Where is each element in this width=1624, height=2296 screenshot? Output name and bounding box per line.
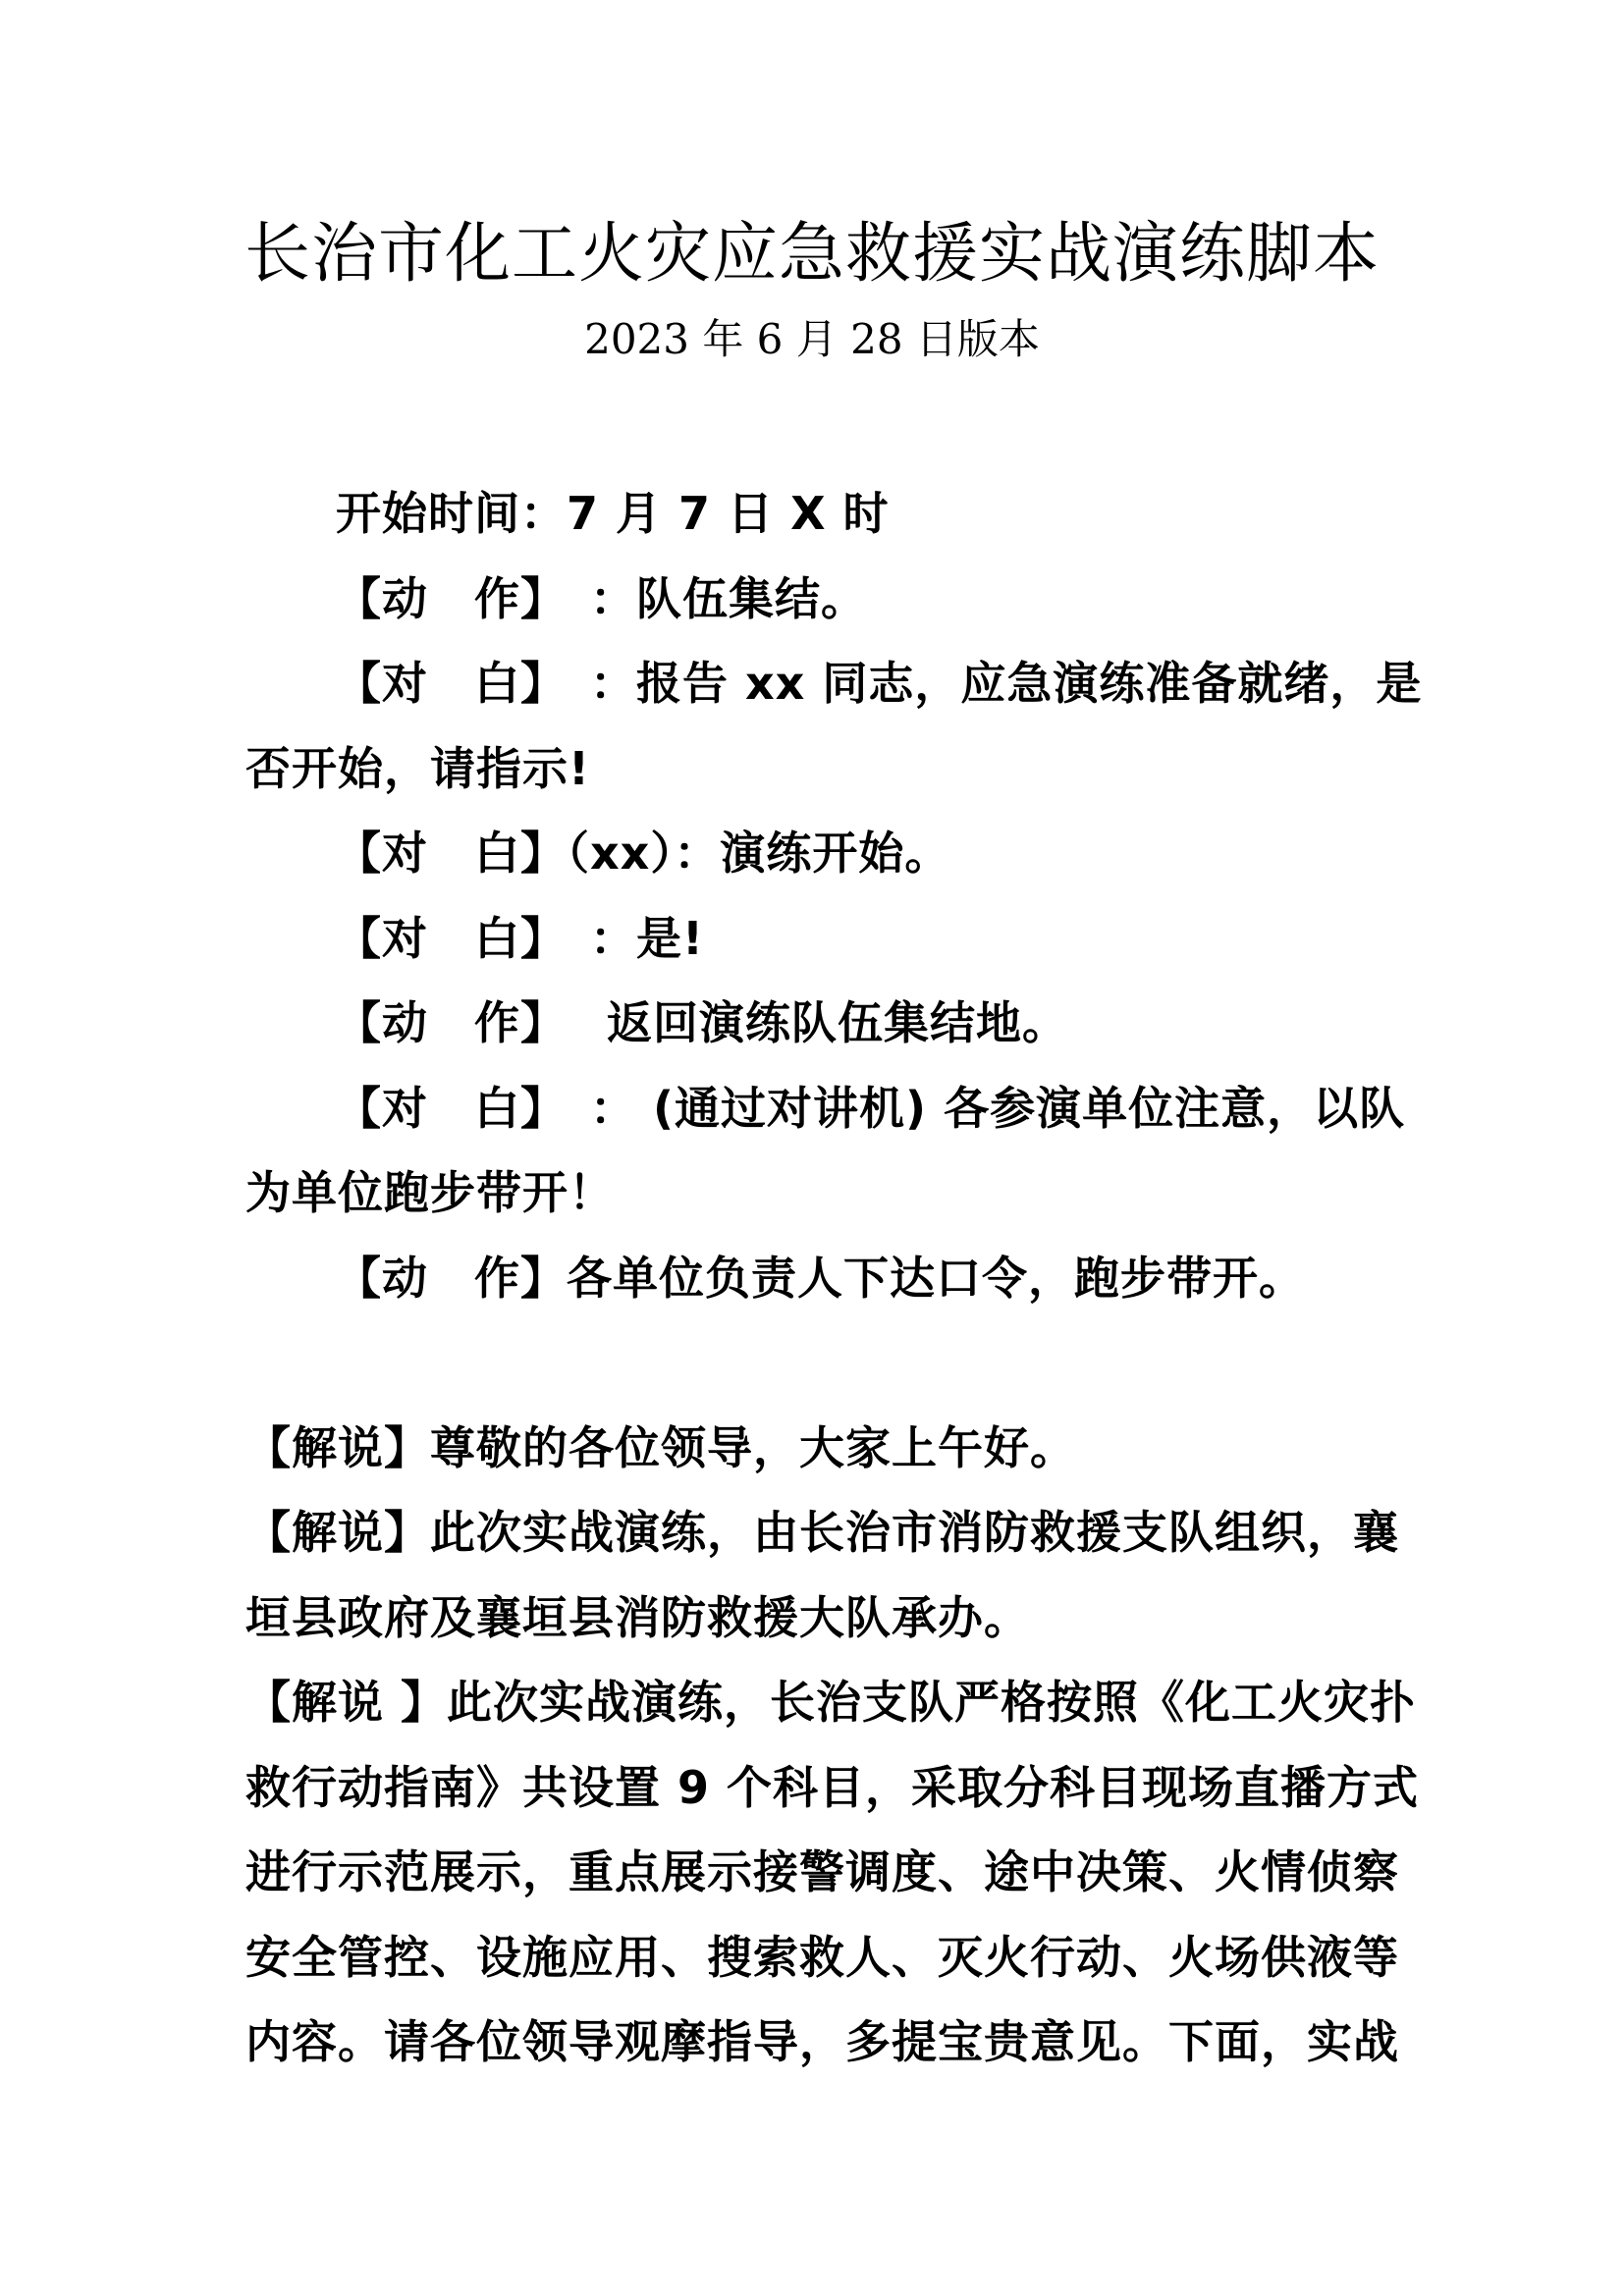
script-line: 为单位跑步带开！ (245, 1150, 1384, 1236)
script-body: 开始时间：7 月 7 日 X 时 【动 作】 ：队伍集结。 【对 白】 ：报告 … (245, 471, 1384, 2085)
script-line: 否开始，请指示! (245, 726, 1384, 812)
script-line-narration: 救行动指南》共设置 9 个科目，采取分科目现场直播方式 (245, 1745, 1384, 1831)
document-title: 长治市化工火灾应急救援实战演练脚本 (0, 214, 1624, 293)
script-line: 【动 作】 返回演练队伍集结地。 (245, 981, 1384, 1066)
script-line-narration: 【解说 】此次实战演练，长治支队严格按照《化工火灾扑 (245, 1660, 1384, 1745)
script-line-narration: 安全管控、设施应用、搜索救人、灭火行动、火场供液等 (245, 1915, 1384, 2001)
script-line-narration: 进行示范展示，重点展示接警调度、途中决策、火情侦察 (245, 1830, 1384, 1915)
script-line-start-time: 开始时间：7 月 7 日 X 时 (245, 471, 1384, 557)
script-line: 【对 白】（xx）：演练开始。 (245, 811, 1384, 896)
script-line: 【动 作】 ：队伍集结。 (245, 557, 1384, 642)
script-line: 【对 白】 ： (通过对讲机) 各参演单位注意，以队 (245, 1066, 1384, 1151)
script-line-narration: 【解说】此次实战演练，由长治市消防救援支队组织，襄 (245, 1490, 1384, 1575)
document-version-date: 2023 年 6 月 28 日版本 (0, 312, 1624, 367)
script-line: 【对 白】 ：报告 xx 同志，应急演练准备就绪，是 (245, 641, 1384, 726)
document-page: 长治市化工火灾应急救援实战演练脚本 2023 年 6 月 28 日版本 开始时间… (0, 0, 1624, 2296)
paragraph-spacer (245, 1320, 1384, 1406)
script-line-narration: 垣县政府及襄垣县消防救援大队承办。 (245, 1575, 1384, 1661)
script-line-narration: 内容。请各位领导观摩指导，多提宝贵意见。下面，实战 (245, 2000, 1384, 2085)
script-line: 【动 作】各单位负责人下达口令，跑步带开。 (245, 1236, 1384, 1321)
script-line-narration: 【解说】尊敬的各位领导，大家上午好。 (245, 1406, 1384, 1491)
script-line: 【对 白】 ：是! (245, 896, 1384, 982)
